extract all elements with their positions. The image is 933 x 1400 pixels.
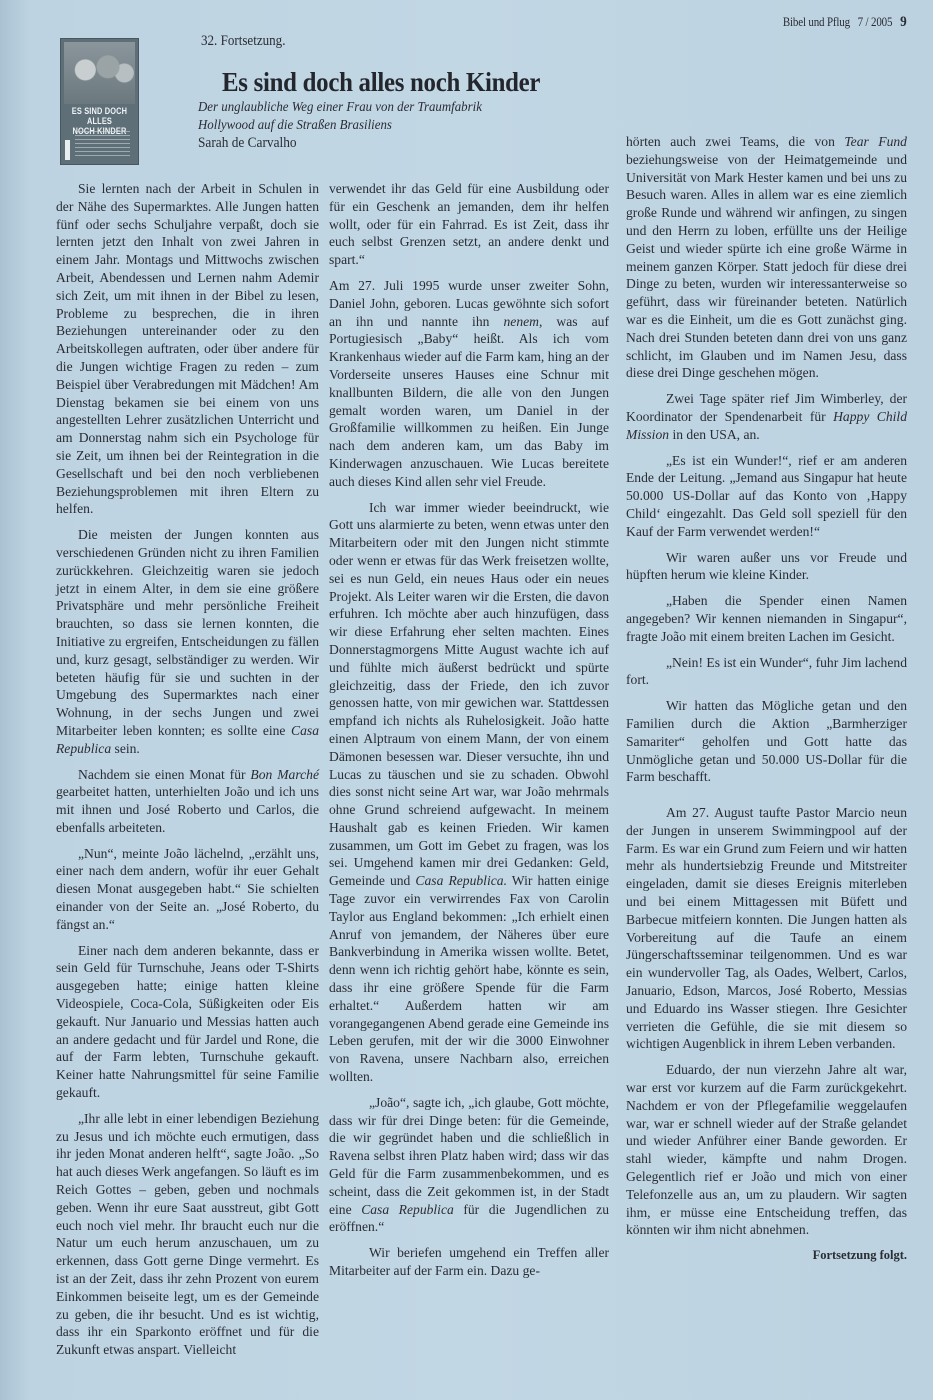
paragraph: „Nein! Es ist ein Wunder“, fuhr Jim lach… <box>626 654 907 690</box>
article-title: Es sind doch alles noch Kinder <box>222 67 540 98</box>
article-author: Sarah de Carvalho <box>198 135 297 152</box>
paragraph: hörten auch zwei Teams, die von Tear Fun… <box>626 133 907 382</box>
running-head: Bibel und Pflug 7 / 2005 9 <box>783 14 907 31</box>
book-cover-image: ES SIND DOCH ALLES NOCH KINDER <box>60 38 139 165</box>
paragraph: Nachdem sie einen Monat für Bon Marché g… <box>56 766 319 837</box>
paragraph: Zwei Tage später rief Jim Wimberley, der… <box>626 390 907 443</box>
cover-photo <box>64 42 135 104</box>
continued-note: Fortsetzung folgt. <box>626 1247 907 1265</box>
paragraph: Die meisten der Jungen konnten aus versc… <box>56 526 319 757</box>
paragraph: Sie lernten nach der Arbeit in Schulen i… <box>56 180 319 518</box>
paragraph: Wir beriefen umgehend ein Treffen aller … <box>329 1244 609 1280</box>
paragraph: „Haben die Spender einen Namen angegeben… <box>626 592 907 645</box>
page-number: 9 <box>901 14 907 30</box>
paragraph: Wir waren außer uns vor Freude und hüpft… <box>626 549 907 585</box>
issue-number: 7 / 2005 <box>858 15 893 29</box>
text-column-1: Sie lernten nach der Arbeit in Schulen i… <box>56 180 319 1367</box>
paragraph: Am 27. Juli 1995 wurde unser zweiter Soh… <box>329 277 609 491</box>
paragraph: Ich war immer wieder beeindruckt, wie Go… <box>329 499 609 1086</box>
paragraph: Am 27. August taufte Pastor Marcio neun … <box>626 804 907 1053</box>
paragraph: „Nun“, meinte João lächelnd, „erzählt un… <box>56 845 319 934</box>
cover-blurb <box>75 131 130 159</box>
paragraph: verwendet ihr das Geld für eine Ausbildu… <box>329 180 609 269</box>
paragraph: „Es ist ein Wunder!“, rief er am anderen… <box>626 452 907 541</box>
magazine-name: Bibel und Pflug <box>783 15 850 29</box>
installment-label: 32. Fortsetzung. <box>201 33 285 50</box>
paragraph: Eduardo, der nun vierzehn Jahre alt war,… <box>626 1061 907 1239</box>
text-column-2: verwendet ihr das Geld für eine Ausbildu… <box>329 180 609 1288</box>
paragraph: Wir hatten das Mögliche getan und den Fa… <box>626 697 907 786</box>
paragraph: „Ihr alle lebt in einer lebendigen Bezie… <box>56 1110 319 1359</box>
paragraph: Einer nach dem anderen bekannte, dass er… <box>56 942 319 1102</box>
cover-publisher-logo <box>65 140 70 160</box>
text-column-3: hörten auch zwei Teams, die von Tear Fun… <box>626 133 907 1265</box>
paragraph: „João“, sagte ich, „ich glaube, Gott möc… <box>329 1094 609 1236</box>
article-subtitle: Der unglaubliche Weg einer Frau von der … <box>198 99 584 135</box>
